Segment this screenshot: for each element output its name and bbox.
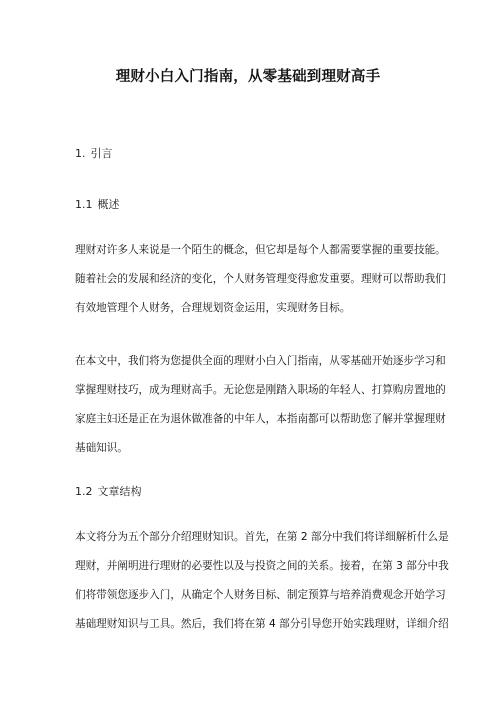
section-heading-introduction: 1.引言 xyxy=(75,145,113,161)
paragraph-line: 本文将分为五个部分介绍理财知识。首先，在第 2 部分中我们将详细解析什么是 xyxy=(75,523,425,552)
paragraph-line: 掌握理财技巧，成为理财高手。无论您是刚踏入职场的年轻人、打算购房置地的 xyxy=(75,376,425,405)
section-label: 概述 xyxy=(98,198,120,211)
section-label: 引言 xyxy=(91,147,113,160)
section-heading-overview: 1.1概述 xyxy=(75,196,120,212)
paragraph-line: 随着社会的发展和经济的变化，个人财务管理变得愈发重要。理财可以帮助我们 xyxy=(75,265,425,294)
paragraph-structure-1: 本文将分为五个部分介绍理财知识。首先，在第 2 部分中我们将详细解析什么是 理财… xyxy=(75,523,425,639)
section-number: 1.2 xyxy=(75,485,93,498)
paragraph-line: 们将带领您逐步入门，从确定个人财务目标、制定预算与培养消费观念开始学习 xyxy=(75,581,425,610)
paragraph-line: 在本文中，我们将为您提供全面的理财小白入门指南，从零基础开始逐步学习和 xyxy=(75,347,425,376)
section-label: 文章结构 xyxy=(98,485,142,498)
paragraph-line: 理财对许多人来说是一个陌生的概念，但它却是每个人都需要掌握的重要技能。 xyxy=(75,236,425,265)
document-title: 理财小白入门指南，从零基础到理财高手 xyxy=(0,65,496,86)
section-number: 1.1 xyxy=(75,198,93,211)
document-page: 理财小白入门指南，从零基础到理财高手 1.引言 1.1概述 理财对许多人来说是一… xyxy=(0,0,496,702)
section-heading-structure: 1.2文章结构 xyxy=(75,483,142,499)
paragraph-overview-1: 理财对许多人来说是一个陌生的概念，但它却是每个人都需要掌握的重要技能。 随着社会… xyxy=(75,236,425,323)
paragraph-line: 有效地管理个人财务，合理规划资金运用，实现财务目标。 xyxy=(75,294,425,323)
paragraph-line: 家庭主妇还是正在为退休做准备的中年人，本指南都可以帮助您了解并掌握理财 xyxy=(75,405,425,434)
paragraph-overview-2: 在本文中，我们将为您提供全面的理财小白入门指南，从零基础开始逐步学习和 掌握理财… xyxy=(75,347,425,463)
paragraph-line: 基础理财知识与工具。然后，我们将在第 4 部分引导您开始实践理财，详细介绍 xyxy=(75,610,425,639)
paragraph-line: 基础知识。 xyxy=(75,434,425,463)
section-number: 1. xyxy=(75,147,86,160)
paragraph-line: 理财，并阐明进行理财的必要性以及与投资之间的关系。接着，在第 3 部分中我 xyxy=(75,552,425,581)
